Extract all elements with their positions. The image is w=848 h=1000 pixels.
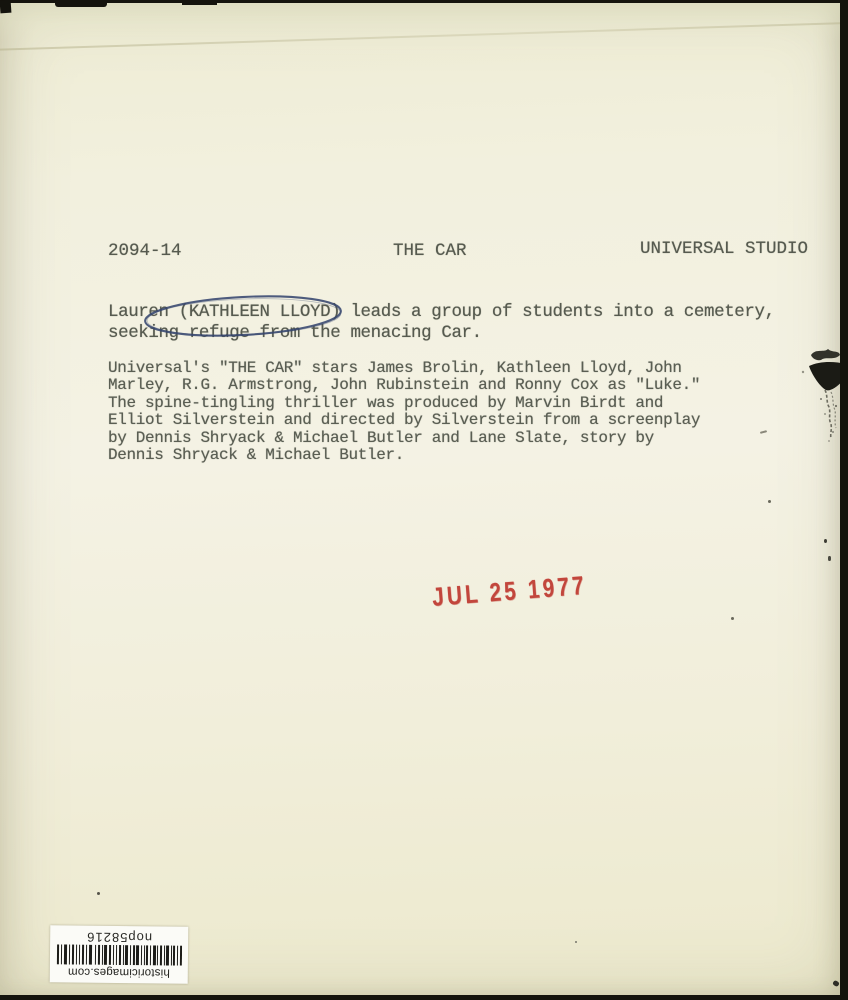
website-text: historicimages.com: [68, 966, 170, 979]
studio-name: UNIVERSAL STUDIO: [640, 241, 808, 257]
barcode: [56, 945, 182, 966]
dust-speck: [832, 980, 840, 987]
dust-speck: [824, 539, 827, 543]
press-release-text: Universal's "THE CAR" stars James Brolin…: [108, 360, 828, 464]
dust-speck: [768, 500, 771, 503]
scan-edge-top-left-corner: [0, 0, 11, 13]
movie-title: THE CAR: [393, 243, 467, 259]
dust-speck: [575, 941, 577, 943]
photo-back-scan: 2094-14 THE CAR UNIVERSAL STUDIO Lauren …: [0, 0, 848, 1000]
photo-number: 2094-14: [108, 243, 182, 259]
dust-speck: [97, 892, 100, 895]
scan-edge-top: [0, 0, 848, 3]
date-stamp: JUL 25 1977: [431, 570, 588, 613]
dust-speck: [828, 556, 831, 561]
scan-edge-top-notch: [182, 0, 217, 5]
scan-edge-bottom: [0, 995, 848, 1000]
dust-speck: [731, 617, 734, 620]
barcode-label: historicimages.com nop58216: [50, 925, 189, 983]
catalog-number: nop58216: [86, 930, 152, 945]
scan-edge-right: [840, 0, 848, 1000]
pen-circle-annotation: [140, 291, 350, 343]
scan-edge-top-notch: [55, 0, 107, 7]
